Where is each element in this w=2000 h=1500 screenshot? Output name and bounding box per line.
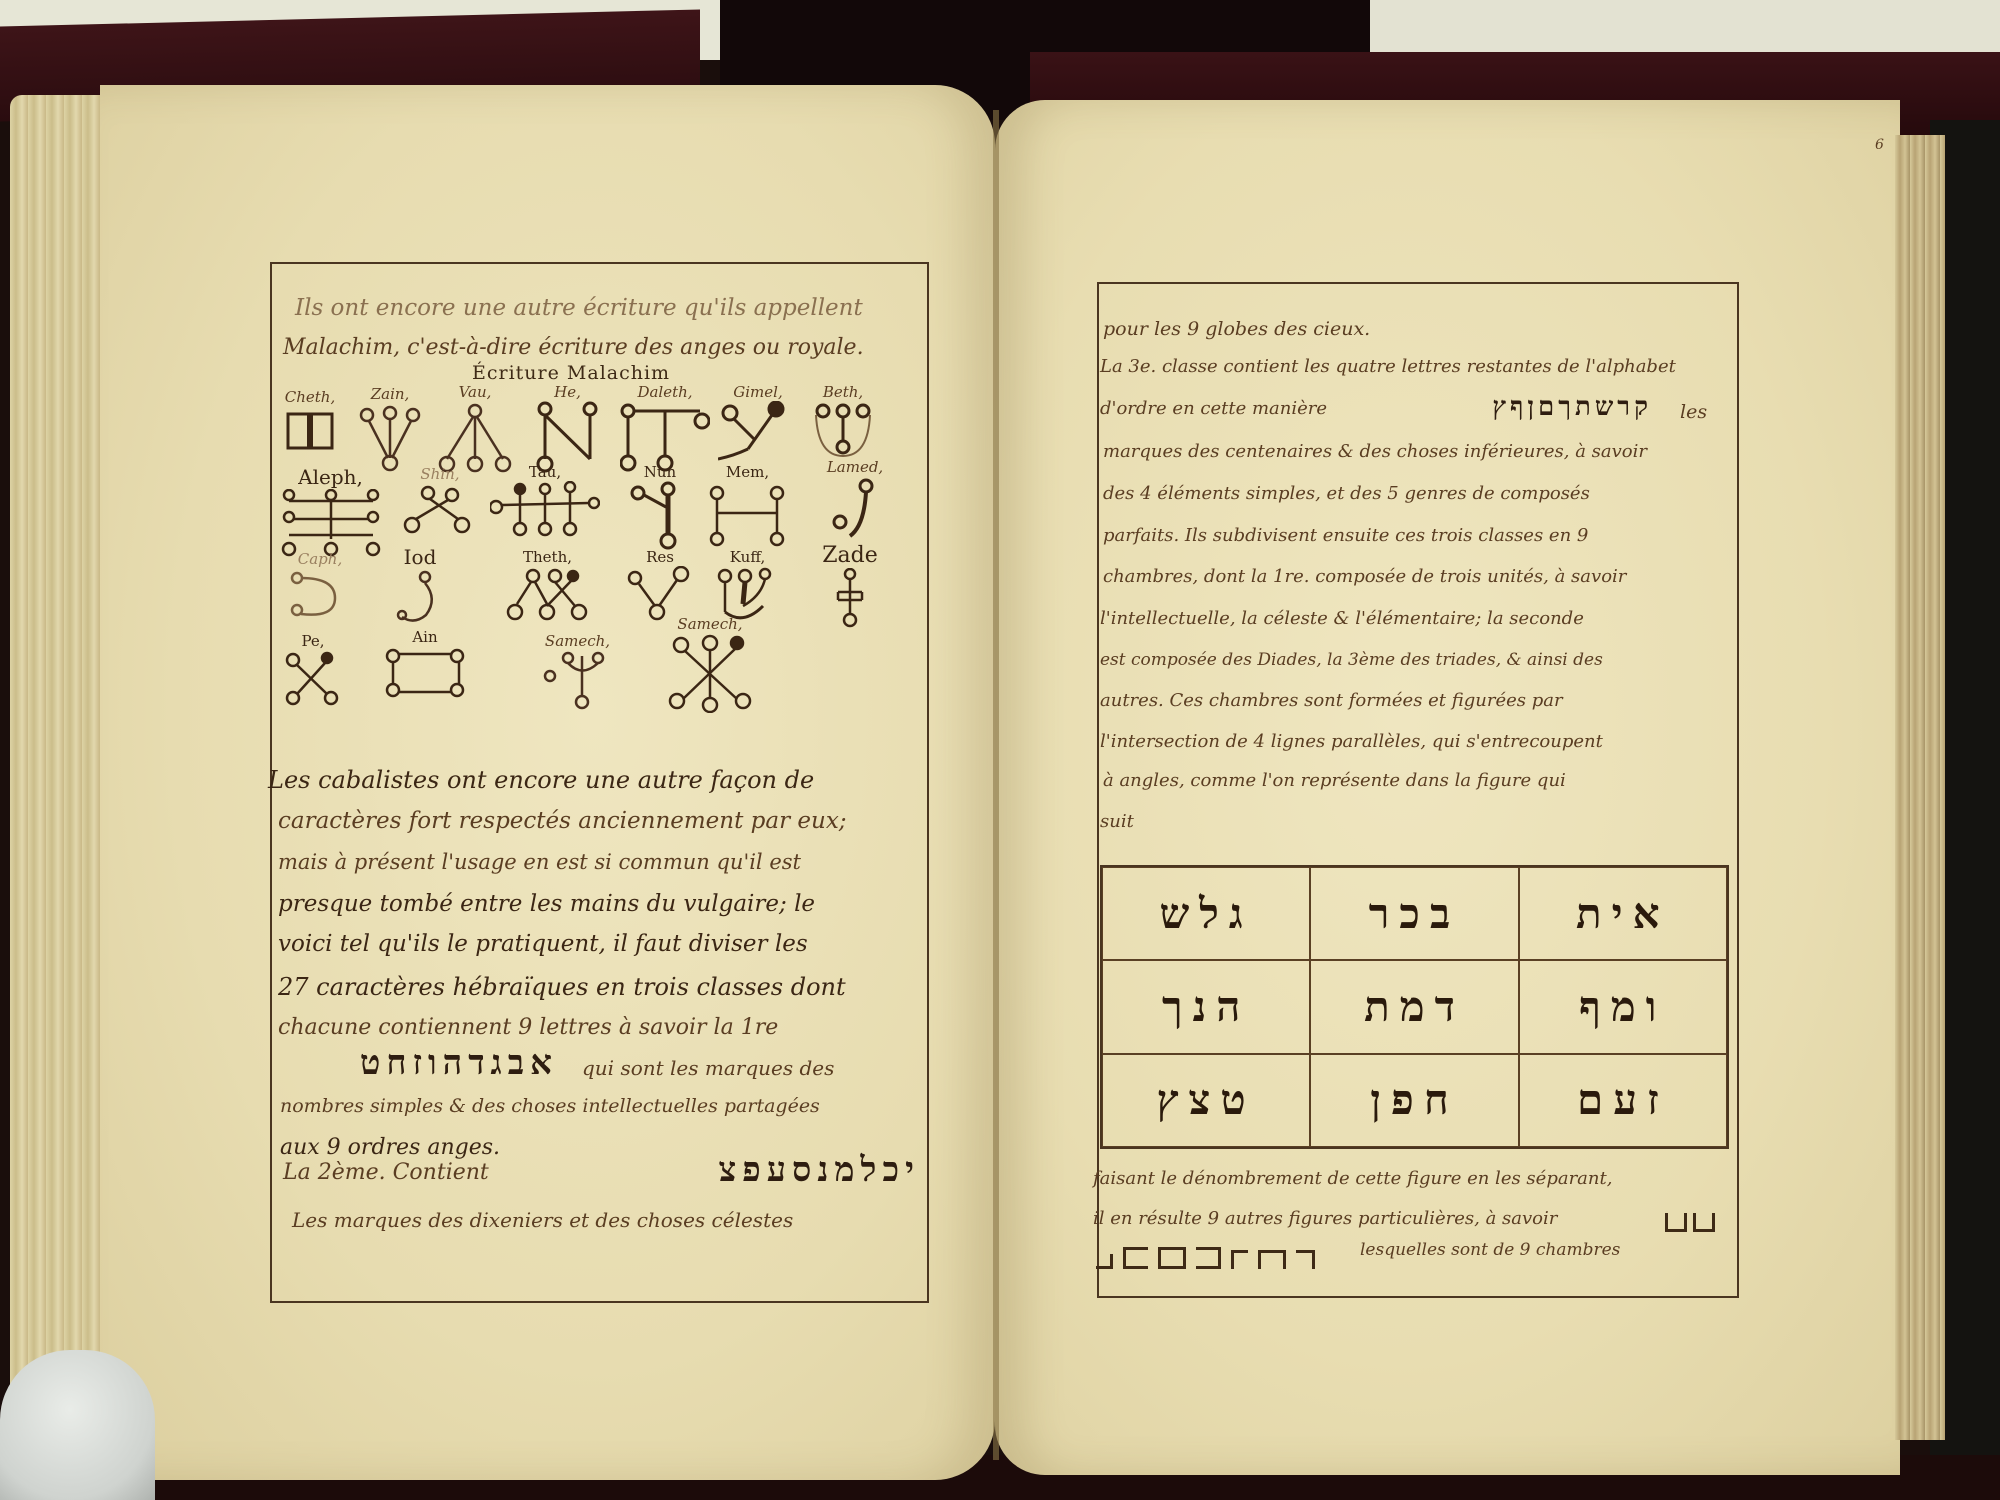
chamber-shape-icon [1158,1247,1186,1269]
chamber-shape-icon [1296,1250,1315,1269]
grid-cell-r3c1: טצץ [1102,1054,1310,1147]
chamber-shape-icon [1096,1254,1113,1269]
white-glove [0,1350,155,1500]
chamber-shape-icon [1123,1247,1148,1269]
right-body-1: marques des centenaires & des choses inf… [1103,443,1647,461]
right-body-4: chambres, dont la 1re. composée de trois… [1103,568,1626,586]
malachim-glyph-zain: Zain, [355,385,425,473]
right-line-2: La 3e. classe contient les quatre lettre… [1100,358,1676,376]
malachim-glyph-iod: Iod [385,545,455,629]
body-line-2: caractères fort respectés anciennement p… [278,810,847,833]
right-line-3: d'ordre en cette manière [1100,400,1327,418]
samech-symbol-icon [538,650,618,710]
lamed-symbol-icon [820,476,890,546]
grid-cell-r3c2: חפן [1310,1054,1518,1147]
chamber-shape-icon [1258,1250,1286,1269]
right-body-7: autres. Ces chambres sont formées et fig… [1100,692,1563,710]
chamber-shape-icon [1665,1213,1687,1232]
body-line-3: mais à présent l'usage en est si commun … [278,852,801,873]
closing-line-1: faisant le dénombrement de cette figure … [1093,1170,1612,1188]
right-body-3: parfaits. Ils subdivisent ensuite ces tr… [1103,527,1588,545]
malachim-glyph-samech-2: Samech, [665,615,755,713]
malachim-glyph-vau: Vau, [435,383,515,473]
grid-cell-r2c3: ומף [1519,960,1727,1053]
class-2-line: Les marques des dixeniers et des choses … [292,1210,793,1230]
body-line-5: voici tel qu'ils le pratiquent, il faut … [278,933,808,956]
malachim-glyph-samech-1: Samech, [530,632,625,710]
grid-cell-r1c2: בכר [1310,867,1518,960]
grid-cell-r2c1: הנך [1102,960,1310,1053]
grid-cell-r3c3: זעם [1519,1054,1727,1147]
right-body-8: l'intersection de 4 lignes parallèles, q… [1100,733,1603,751]
page-stack-left [10,95,110,1460]
body-line-6: 27 caractères hébraïques en trois classe… [278,975,846,999]
class-1-after: qui sont les marques des [582,1058,834,1078]
malachim-glyph-pe: Pe, [278,632,348,706]
malachim-glyph-zade: Zade [815,543,885,628]
shin-symbol-icon [400,483,480,543]
malachim-glyph-mem: Mem, [705,463,790,551]
page-number: 6 [1875,138,1884,152]
chamber-shapes-end-line [1665,1213,1715,1232]
theth-symbol-icon [503,566,593,626]
body-line-4: presque tombé entre les mains du vulgair… [278,893,815,916]
intro-line-1: Ils ont encore une autre écriture qu'ils… [295,297,863,320]
cheth-symbol-icon [282,406,338,454]
malachim-glyph-beth: Beth, [808,383,878,461]
right-line-1: pour les 9 globes des cieux. [1103,320,1370,339]
malachim-glyph-ain: Ain [380,628,470,702]
book-gutter [993,110,999,1460]
beth-symbol-icon [808,401,878,461]
closing-line-2: il en résulte 9 autres figures particuli… [1093,1210,1557,1228]
chamber-shapes-row [1096,1247,1315,1269]
grid-cell-r1c1: גלש [1102,867,1310,960]
iod-symbol-icon [390,569,450,629]
aleph-symbol-icon [281,489,381,559]
closing-line-3: lesquelles sont de 9 chambres [1360,1242,1620,1259]
background-paper-right [1370,0,2000,55]
malachim-title: Écriture Malachim [472,362,670,384]
pe-symbol-icon [283,650,343,706]
nun-symbol-icon [630,481,690,551]
grid-cell-r2c2: דמת [1310,960,1518,1053]
caph-symbol-icon [285,568,355,628]
samech-alt-symbol-icon [665,633,755,713]
page-stack-right [1895,135,1945,1440]
malachim-glyph-daleth: Daleth, [620,383,710,473]
zain-symbol-icon [355,403,425,473]
hebrew-class-3: קרשתךםןףץ [1322,392,1652,422]
right-body-10: suit [1100,813,1134,831]
body-line-7: chacune contiennent 9 lettres à savoir l… [278,1017,778,1039]
grid-cell-r1c3: אית [1519,867,1727,960]
body-line-1: Les cabalistes ont encore une autre faço… [268,768,814,792]
right-body-5: l'intellectuelle, la céleste & l'élément… [1100,610,1584,628]
right-body-6: est composée des Diades, la 3ème des tri… [1100,652,1603,669]
malachim-glyph-caph: Caph, [280,550,360,628]
mem-symbol-icon [705,481,790,551]
malachim-glyph-tau: Tau, [490,463,600,541]
malachim-glyph-theth: Theth, [500,548,595,626]
intro-line-2: Malachim, c'est-à-dire écriture des ange… [283,337,864,359]
ain-symbol-icon [383,646,467,702]
malachim-glyph-he: He, [535,383,600,473]
right-body-9: à angles, comme l'on représente dans la … [1103,772,1566,790]
malachim-glyph-cheth: Cheth, [280,388,340,454]
class-3-after: les [1680,403,1707,422]
hebrew-class-1: אבגדהוזחט [278,1043,558,1083]
right-body-2: des 4 éléments simples, et des 5 genres … [1103,485,1590,503]
class-1-line-1: nombres simples & des choses intellectue… [280,1097,820,1116]
class-2-intro: La 2ème. Contient [283,1162,489,1184]
malachim-glyph-gimel: Gimel, [718,383,798,461]
chamber-shape-icon [1693,1213,1715,1232]
malachim-glyph-aleph: Aleph, [278,465,383,559]
zade-symbol-icon [830,568,870,628]
hebrew-class-2: יכלמנסעפצ [540,1150,920,1190]
hebrew-chambers-grid: גלש בכר אית הנך דמת ומף טצץ חפן זעם [1100,865,1729,1149]
chamber-shape-icon [1231,1250,1248,1269]
chamber-shape-icon [1196,1247,1221,1269]
class-1-line-2: aux 9 ordres anges. [280,1137,500,1159]
tau-symbol-icon [490,481,600,541]
malachim-glyph-lamed: Lamed, [815,458,895,546]
gimel-symbol-icon [718,401,798,461]
malachim-glyph-nun: Nun [630,463,690,551]
malachim-glyph-shin: Shin, [400,465,480,543]
